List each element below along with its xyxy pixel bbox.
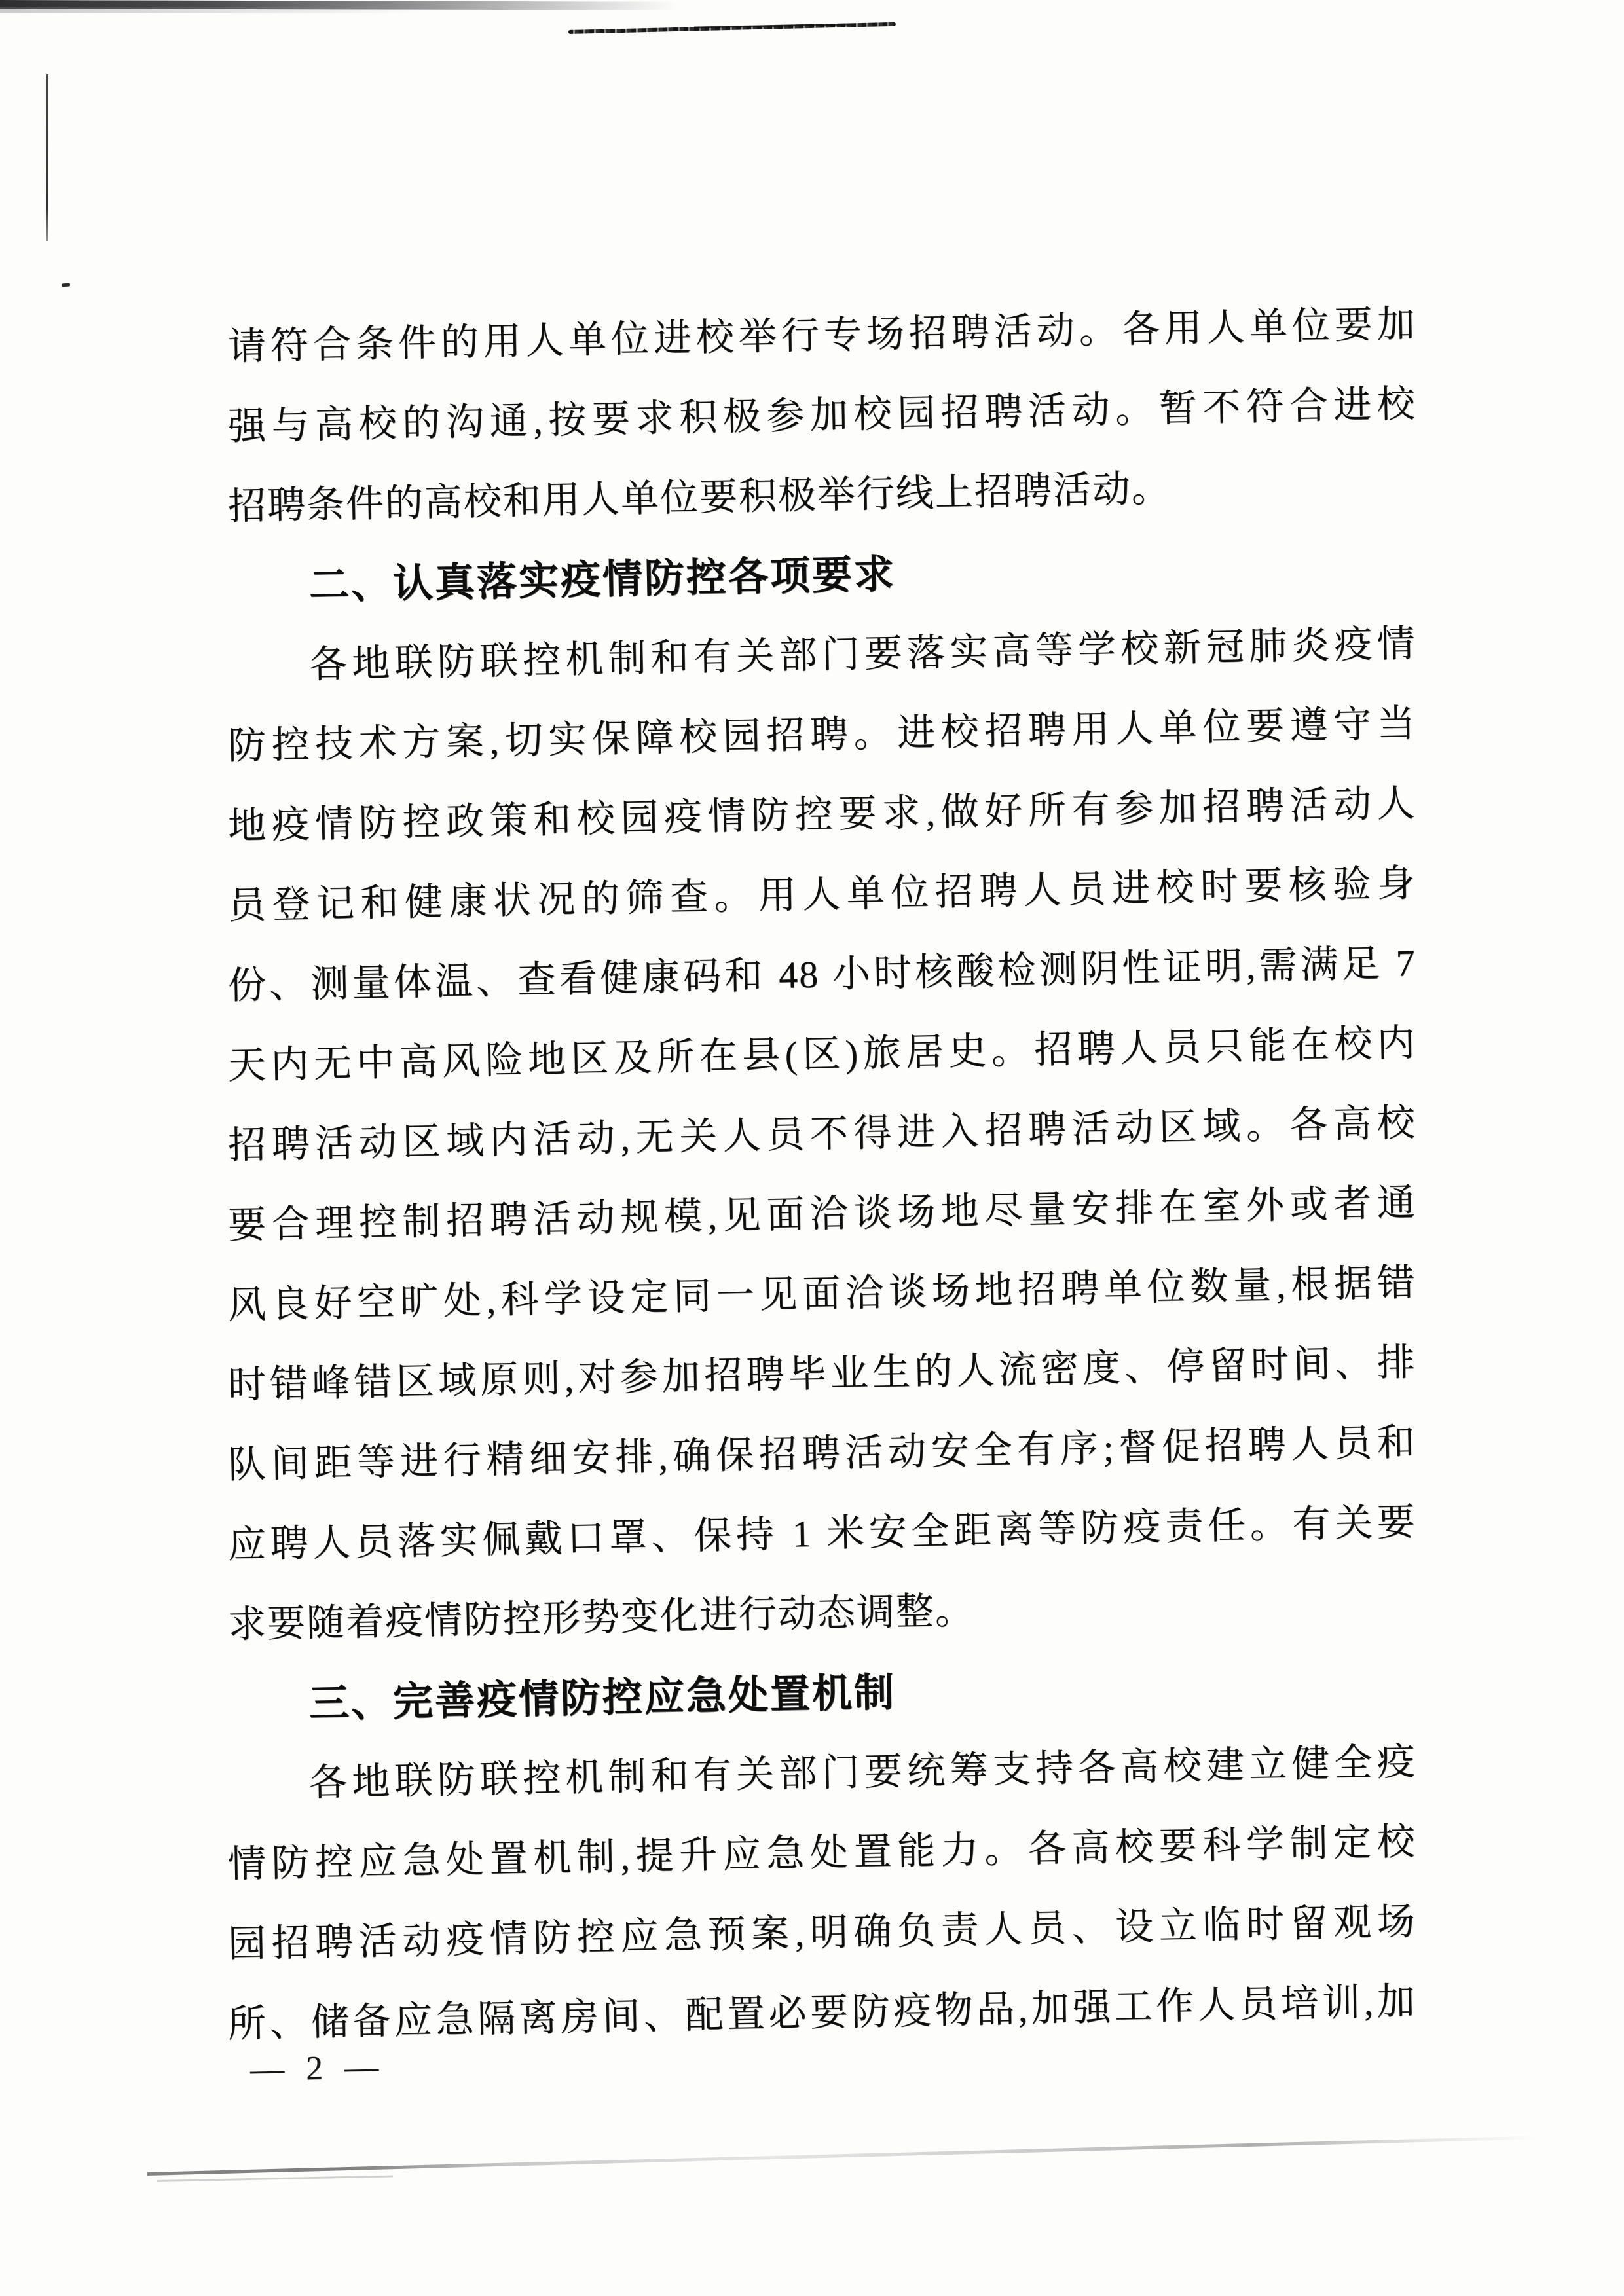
page-surface: 请符合条件的用人单位进校举行专场招聘活动。各用人单位要加强与高校的沟通,按要求积… <box>0 0 1624 2296</box>
scanned-document-page: { "page": { "background": "#fdfdfc", "te… <box>0 0 1624 2296</box>
scan-artifact-bottom-streak <box>147 2136 1538 2176</box>
scan-artifact-left-vertical-line <box>46 74 48 241</box>
scan-artifact-scratch-line <box>568 22 896 34</box>
scan-artifact-left-dash <box>62 283 70 287</box>
document-body: 请符合条件的用人单位进校举行专场招聘活动。各用人单位要加强与高校的沟通,按要求积… <box>228 307 1416 2064</box>
page-number: — 2 — <box>249 2047 385 2091</box>
scan-artifact-top-bar-shadow <box>0 7 426 13</box>
scan-artifact-top-bar <box>0 0 678 10</box>
scan-artifact-scratch-line-2 <box>694 23 851 28</box>
scan-artifact-bottom-streak-2 <box>157 2175 393 2182</box>
